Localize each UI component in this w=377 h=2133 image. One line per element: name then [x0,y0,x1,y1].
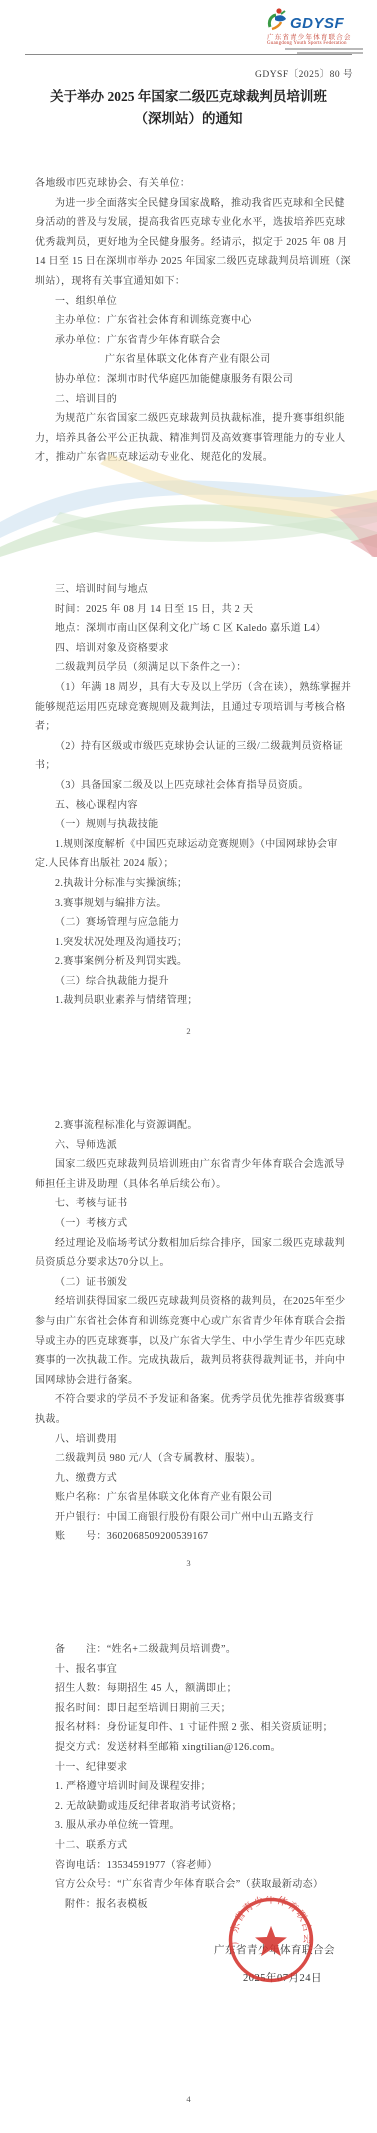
doc-line: 者； [35,717,343,737]
section-heading: 二、培训目的 [35,390,343,410]
doc-line: 广东省星体联文化体育产业有限公司 [35,350,343,370]
section-heading: 五、核心课程内容 [35,796,343,816]
doc-line: 二级裁判员学员（须满足以下条件之一）： [35,658,343,678]
seal-star-icon [255,1926,287,1956]
doc-line: 参与由广东省社会体育和训练竞赛中心或广东省青少年体育联合会指 [35,1312,343,1332]
section-heading: 十一、纪律要求 [35,1758,343,1778]
doc-line: 开户银行：中国工商银行股份有限公司广州中山五路支行 [35,1508,343,1528]
doc-line: 师担任主讲及助理（具体名单后续公布）。 [35,1175,343,1195]
doc-line: 定.人民体育出版社 2024 版）； [35,854,343,874]
gdysf-logo-icon [267,7,288,31]
doc-line: 2. 无故缺勤或违反纪律者取消考试资格； [35,1797,343,1817]
doc-line: 1. 严格遵守培训时间及课程安排； [35,1777,343,1797]
section-heading: 六、导师选派 [35,1136,343,1156]
doc-line: 不符合要求的学员不予发证和备案。优秀学员优先推荐省级赛事 [35,1390,343,1410]
logo-en-name: Guangdong Youth Sports Federation [267,41,363,46]
doc-line: 为规范广东省国家二级匹克球裁判员执裁标准，提升赛事组织能 [35,409,343,429]
section-heading: 十、报名事宜 [35,1660,343,1680]
official-seal: 广东省青少年体育联合会 [227,1896,315,1984]
doc-line: （三）综合执裁能力提升 [35,972,343,992]
doc-line: 国网球协会进行备案。 [35,1371,343,1391]
org-logo: GDYSF 广东省青少年体育联合会 Guangdong Youth Sports… [267,7,363,54]
doc-line: （1）年满 18 周岁，具有大专及以上学历（含在读），熟练掌握并 [35,678,343,698]
doc-line: （二）赛场管理与应急能力 [35,913,343,933]
doc-line: 执裁。 [35,1410,343,1430]
doc-line: （2）持有区级或市级匹克球协会认证的三级/二级裁判员资格证 [35,737,343,757]
doc-line: 协办单位：深圳市时代华庭匹加能健康服务有限公司 [35,370,343,390]
doc-line: 备 注：“姓名+二级裁判员培训费”。 [35,1640,343,1660]
doc-line: 赛事的一次执裁工作。完成执裁后，裁判员将获得裁判证书，并向中 [35,1351,343,1371]
logo-cn-name: 广东省青少年体育联合会 [267,32,363,41]
doc-line: 优秀裁判员，更好地为全民健身服务。经请示，拟定于 2025 年 08 月 [35,233,343,253]
doc-line: 3. 服从承办单位统一管理。 [35,1816,343,1836]
doc-line: 咨询电话：13534591977（容老师） [35,1856,343,1876]
doc-line: 招生人数：每期招生 45 人，额满即止； [35,1679,343,1699]
page-number-3: 3 [0,1558,377,1568]
logo-contact-text [285,48,363,50]
doc-line: （一）考核方式 [35,1214,343,1234]
doc-line: 导或主办的匹克球赛事，以及广东省大学生、中小学生青少年匹克球 [35,1332,343,1352]
doc-line: 报名时间：即日起至培训日期前三天； [35,1699,343,1719]
doc-line: 2.赛事流程标准化与资源调配。 [35,1116,343,1136]
doc-line: （二）证书颁发 [35,1273,343,1293]
section-heading: 一、组织单位 [35,292,343,312]
doc-line: 为进一步全面落实全民健身国家战略，推动我省匹克球和全民健 [35,194,343,214]
page-number-2: 2 [0,1026,377,1036]
doc-line: 经培训获得国家二级匹克球裁判员资格的裁判员，在2025年至少 [35,1292,343,1312]
doc-line: 书； [35,756,343,776]
section-heading: 十二、联系方式 [35,1836,343,1856]
logo-acronym: GDYSF [290,16,344,31]
page-4-body: 备 注：“姓名+二级裁判员培训费”。 十、报名事宜 招生人数：每期招生 45 人… [35,1640,343,1914]
doc-line: 员资质总分要求达70分以上。 [35,1253,343,1273]
doc-line: 官方公众号：“广东省青少年体育联合会”（获取最新动态） [35,1875,343,1895]
doc-line: 时间：2025 年 08 月 14 日至 15 日，共 2 天 [35,600,343,620]
doc-line: 账户名称：广东省星体联文化体育产业有限公司 [35,1488,343,1508]
document-title: 关于举办 2025 年国家二级匹克球裁判员培训班 （深圳站）的通知 [0,86,377,130]
doc-line: 身活动的普及与发展，提高我省匹克球专业化水平，选拔培养匹克球 [35,213,343,233]
doc-line: 1.裁判员职业素养与情绪管理； [35,991,343,1011]
document-number: GDYSF〔2025〕80 号 [255,66,353,80]
page-1-body: 各地级市匹克球协会、有关单位： 为进一步全面落实全民健身国家战略，推动我省匹克球… [35,174,343,468]
doc-line: 二级裁判员 980 元/人（含专属教材、服装）。 [35,1449,343,1469]
title-line-2: （深圳站）的通知 [0,108,377,130]
header-divider [25,54,352,55]
section-heading: 九、缴费方式 [35,1469,343,1489]
doc-line: 3.赛事规划与编排方法。 [35,894,343,914]
page-3-body: 2.赛事流程标准化与资源调配。 六、导师选派 国家二级匹克球裁判员培训班由广东省… [35,1116,343,1547]
section-heading: 三、培训时间与地点 [35,580,343,600]
doc-line: 承办单位：广东省青少年体育联合会 [35,331,343,351]
doc-line: 2.赛事案例分析及判罚实践。 [35,952,343,972]
doc-line: 2.执裁计分标准与实操演练； [35,874,343,894]
doc-line: 报名材料：身份证复印件、1 寸证件照 2 张、相关资质证明； [35,1718,343,1738]
bank-account-number: 账 号：3602068509200539167 [35,1527,343,1547]
page-number-4: 4 [0,2094,377,2104]
doc-line: 地点：深圳市南山区保利文化广场 C 区 Kaledo 嘉乐道 L4） [35,619,343,639]
section-heading: 八、培训费用 [35,1430,343,1450]
doc-line: 能够规范运用匹克球竞赛规则及裁判法，且通过专项培训与考核合格 [35,698,343,718]
letterhead-ribbon-decoration [0,452,377,557]
page-2-body: 三、培训时间与地点 时间：2025 年 08 月 14 日至 15 日，共 2 … [35,580,343,1011]
doc-line: 1.突发状况处理及沟通技巧； [35,933,343,953]
doc-line: （一）规则与执裁技能 [35,815,343,835]
doc-line: 1.规则深度解析《中国匹克球运动竞赛规则》（中国网球协会审 [35,835,343,855]
section-heading: 四、培训对象及资格要求 [35,639,343,659]
doc-line: 力，培养具备公平公正执裁、精准判罚及高效赛事管理能力的专业人 [35,429,343,449]
doc-line: 主办单位：广东省社会体育和训练竞赛中心 [35,311,343,331]
doc-line: 各地级市匹克球协会、有关单位： [35,174,343,194]
doc-line: 圳站），现将有关事宜通知如下： [35,272,343,292]
title-line-1: 关于举办 2025 年国家二级匹克球裁判员培训班 [0,86,377,108]
section-heading: 七、考核与证书 [35,1194,343,1214]
doc-line: 经过理论及临场考试分数相加后综合排序，国家二级匹克球裁判 [35,1234,343,1254]
doc-line: 国家二级匹克球裁判员培训班由广东省青少年体育联合会选派导 [35,1155,343,1175]
doc-line: 14 日至 15 日在深圳市举办 2025 年国家二级匹克球裁判员培训班（深 [35,252,343,272]
doc-line: 提交方式：发送材料至邮箱 xingtilian@126.com。 [35,1738,343,1758]
doc-line: （3）具备国家二级及以上匹克球社会体育指导员资质。 [35,776,343,796]
